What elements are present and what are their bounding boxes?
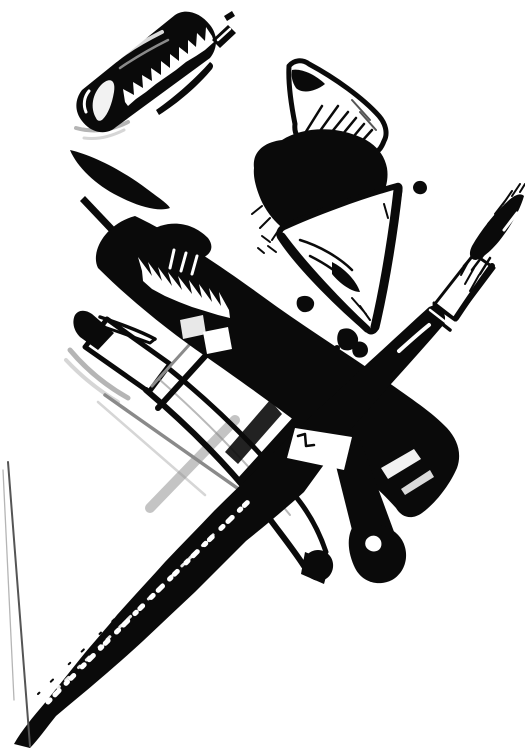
ink-speck — [334, 345, 340, 351]
artwork-canvas: Black ink illustration of drawing and pa… — [0, 0, 525, 750]
ink-speck — [413, 181, 427, 194]
ink-illustration: Black ink illustration of drawing and pa… — [0, 0, 525, 750]
